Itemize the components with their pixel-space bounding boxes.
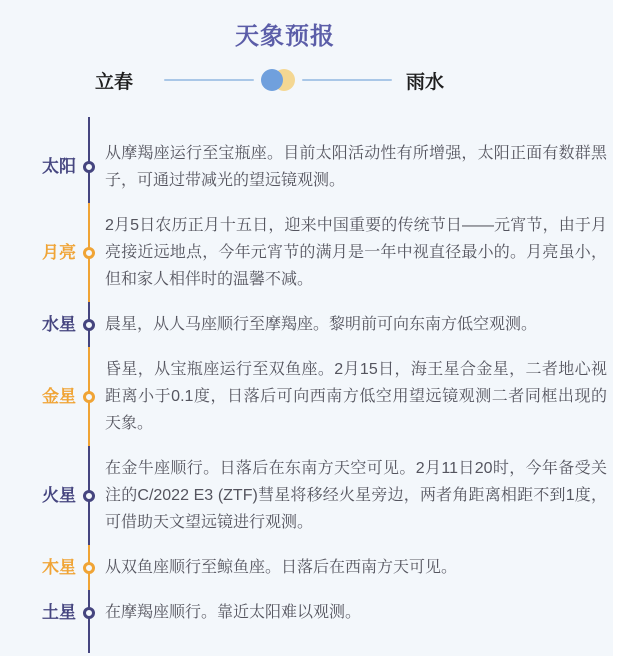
section-description: 2月5日农历正月十五日，迎来中国重要的传统节日——元宵节，由于月亮接近远地点，今… — [105, 212, 607, 293]
timeline-section-sun: 太阳 从摩羯座运行至宝瓶座。目前太阳活动性有所增强，太阳正面有数群黑子，可通过带… — [0, 131, 613, 203]
timeline-node-icon — [83, 607, 95, 619]
sun-moon-icon — [261, 69, 295, 91]
timeline-section-moon: 月亮 2月5日农历正月十五日，迎来中国重要的传统节日——元宵节，由于月亮接近远地… — [0, 203, 613, 302]
planet-label-saturn: 土星 — [0, 603, 76, 623]
term-connector-line — [164, 79, 254, 81]
timeline-line-segment — [88, 590, 90, 653]
timeline-section-saturn: 土星 在摩羯座顺行。靠近太阳难以观测。 — [0, 590, 613, 635]
section-description: 昏星，从宝瓶座运行至双鱼座。2月15日，海王星合金星，二者地心视距离小于0.1度… — [105, 356, 607, 437]
timeline-section-venus: 金星 昏星，从宝瓶座运行至双鱼座。2月15日，海王星合金星，二者地心视距离小于0… — [0, 347, 613, 446]
timeline-node-icon — [83, 391, 95, 403]
section-description: 在金牛座顺行。日落后在东南方天空可见。2月11日20时，今年备受关注的C/202… — [105, 455, 607, 536]
term-left-label: 立春 — [95, 67, 133, 94]
section-description: 从双鱼座顺行至鲸鱼座。日落后在西南方天可见。 — [105, 554, 607, 581]
timeline-section-jupiter: 木星 从双鱼座顺行至鲸鱼座。日落后在西南方天可见。 — [0, 545, 613, 590]
timeline-node-icon — [83, 161, 95, 173]
solar-terms-bar: 立春 雨水 — [95, 67, 613, 93]
timeline-node-icon — [83, 247, 95, 259]
sun-circle-icon — [261, 69, 283, 91]
section-description: 晨星，从人马座顺行至摩羯座。黎明前可向东南方低空观测。 — [105, 311, 607, 338]
planet-label-moon: 月亮 — [0, 243, 76, 263]
page-title: 天象预报 — [0, 0, 570, 51]
timeline-section-mars: 火星 在金牛座顺行。日落后在东南方天空可见。2月11日20时，今年备受关注的C/… — [0, 446, 613, 545]
timeline-section-mercury: 水星 晨星，从人马座顺行至摩羯座。黎明前可向东南方低空观测。 — [0, 302, 613, 347]
term-connector-line — [302, 79, 392, 81]
planet-label-sun: 太阳 — [0, 157, 76, 177]
celestial-timeline: 太阳 从摩羯座运行至宝瓶座。目前太阳活动性有所增强，太阳正面有数群黑子，可通过带… — [0, 131, 613, 635]
section-description: 从摩羯座运行至宝瓶座。目前太阳活动性有所增强，太阳正面有数群黑子，可通过带减光的… — [105, 140, 607, 194]
planet-label-jupiter: 木星 — [0, 558, 76, 578]
timeline-node-icon — [83, 319, 95, 331]
forecast-page: 天象预报 立春 雨水 太阳 从摩羯座运行至宝瓶座。目前太阳活动性有所增强，太阳正… — [0, 0, 613, 656]
timeline-line-segment — [88, 117, 90, 203]
timeline-node-icon — [83, 490, 95, 502]
planet-label-mercury: 水星 — [0, 315, 76, 335]
planet-label-venus: 金星 — [0, 387, 76, 407]
section-description: 在摩羯座顺行。靠近太阳难以观测。 — [105, 599, 607, 626]
planet-label-mars: 火星 — [0, 486, 76, 506]
timeline-node-icon — [83, 562, 95, 574]
term-right-label: 雨水 — [406, 67, 444, 94]
